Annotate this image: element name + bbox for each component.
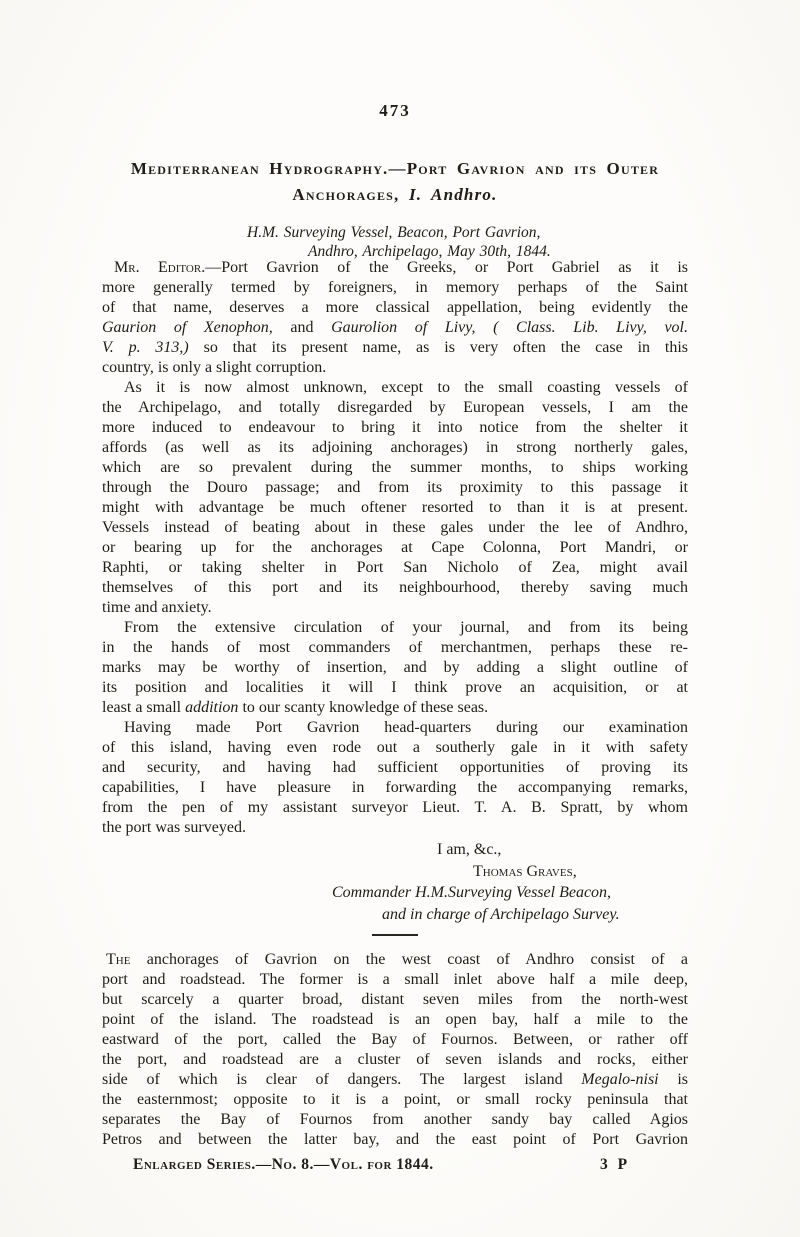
body-text: port and roadstead. The former is a smal… (102, 971, 688, 988)
italic-text: and in charge of Archipelago Survey. (382, 906, 620, 923)
body-text: Vessels instead of beating about in thes… (102, 519, 688, 536)
letter-body: Mr. Editor.—Port Gavrion of the Greeks, … (102, 258, 688, 838)
italic-text: Gaurolion of Livy, ( Class. Lib. Livy, v… (331, 319, 688, 336)
letter-text-line: V. p. 313,) so that its present name, as… (102, 338, 688, 358)
body-text: the port, and roadstead are a cluster of… (102, 1051, 688, 1068)
body-text: —Port Gavrion of the Greeks, or Port Gab… (205, 259, 688, 276)
letter-text-line: from the pen of my assistant surveyor Li… (102, 798, 688, 818)
letter-text-line: Mr. Editor.—Port Gavrion of the Greeks, … (102, 258, 688, 278)
letter-text-line: As it is now almost unknown, except to t… (102, 378, 688, 398)
body-text: or bearing up for the anchorages at Cape… (102, 539, 688, 556)
signature-block: I am, &c.,Thomas Graves,Commander H.M.Su… (102, 839, 688, 925)
letter-paragraph-2: As it is now almost unknown, except to t… (102, 378, 688, 618)
letter-paragraph-3: From the extensive circulation of your j… (102, 618, 688, 718)
body-text: and security, and having had sufficient … (102, 759, 688, 776)
letter-text-line: capabilities, I have pleasure in forward… (102, 778, 688, 798)
body-text: anchorages of Gavrion on the west coast … (130, 951, 688, 968)
body-text: Having made Port Gavrion head-quarters d… (124, 719, 688, 736)
body-text: time and anxiety. (102, 599, 212, 616)
signature-line: and in charge of Archipelago Survey. (102, 904, 688, 926)
letter-text-line: country, is only a slight corruption. (102, 358, 688, 378)
dateline: H.M. Surveying Vessel, Beacon, Port Gavr… (102, 223, 688, 261)
body-text: Raphti, or taking shelter in Port San Ni… (102, 559, 688, 576)
scanned-page: 473 Mediterranean Hydrography.—Port Gavr… (0, 0, 800, 1237)
article-text-line: port and roadstead. The former is a smal… (102, 970, 688, 990)
letter-text-line: might with advantage be much oftener res… (102, 498, 688, 518)
letter-text-line: its position and localities it will I th… (102, 678, 688, 698)
body-text: its position and localities it will I th… (102, 679, 688, 696)
letter-text-line: more generally termed by foreigners, in … (102, 278, 688, 298)
letter-text-line: the port was surveyed. (102, 818, 688, 838)
small-caps-text: Mr. Editor. (114, 259, 205, 276)
body-text: of this island, having even rode out a s… (102, 739, 688, 756)
body-text: of that name, deserves a more classical … (102, 299, 688, 316)
italic-text: Commander H.M.Surveying Vessel Beacon, (332, 884, 611, 901)
body-text: the Archipelago, and totally disregarded… (102, 399, 688, 416)
letter-text-line: time and anxiety. (102, 598, 688, 618)
letter-text-line: Raphti, or taking shelter in Port San Ni… (102, 558, 688, 578)
signature-line: Thomas Graves, (102, 861, 688, 883)
article-body: The anchorages of Gavrion on the west co… (102, 950, 688, 1150)
body-text: but scarcely a quarter broad, distant se… (102, 991, 688, 1008)
article-title: Mediterranean Hydrography.—Port Gavrion … (102, 156, 688, 208)
italic-text: Gaurion of Xenophon, (102, 319, 273, 336)
footer-series-label: Enlarged Series.—No. 8.—Vol. for 1844. (102, 1156, 434, 1173)
letter-text-line: of that name, deserves a more classical … (102, 298, 688, 318)
page-content: Mr. Editor.—Port Gavrion of the Greeks, … (102, 258, 688, 1174)
letter-text-line: From the extensive circulation of your j… (102, 618, 688, 638)
italic-text: I. Andhro. (409, 185, 498, 204)
article-text-line: side of which is clear of dangers. The l… (102, 1070, 688, 1090)
page-footer: Enlarged Series.—No. 8.—Vol. for 1844. 3… (102, 1155, 688, 1174)
body-text: affords (as well as its adjoining anchor… (102, 439, 688, 456)
article-text-line: point of the island. The roadstead is an… (102, 1010, 688, 1030)
body-text: separates the Bay of Fournos from anothe… (102, 1111, 688, 1128)
letter-paragraph-4: Having made Port Gavrion head-quarters d… (102, 718, 688, 838)
small-caps-text: The (106, 951, 130, 968)
letter-text-line: or bearing up for the anchorages at Cape… (102, 538, 688, 558)
letter-text-line: Having made Port Gavrion head-quarters d… (102, 718, 688, 738)
letter-text-line: least a small addition to our scanty kno… (102, 698, 688, 718)
article-text-line: the easternmost; opposite to it is a poi… (102, 1090, 688, 1110)
body-text: Petros and between the latter bay, and t… (102, 1131, 688, 1148)
letter-text-line: through the Douro passage; and from its … (102, 478, 688, 498)
italic-text: Megalo-nisi (581, 1071, 658, 1088)
dateline-line: H.M. Surveying Vessel, Beacon, Port Gavr… (102, 223, 688, 242)
body-text: from the pen of my assistant surveyor Li… (102, 799, 688, 816)
body-text: marks may be worthy of insertion, and by… (102, 659, 688, 676)
letter-text-line: which are so prevalent during the summer… (102, 458, 688, 478)
page-number: 473 (102, 101, 688, 121)
body-text: capabilities, I have pleasure in forward… (102, 779, 688, 796)
footer-signature-mark: 3 P (600, 1155, 630, 1174)
body-text: through the Douro passage; and from its … (102, 479, 688, 496)
article-text-line: separates the Bay of Fournos from anothe… (102, 1110, 688, 1130)
body-text: which are so prevalent during the summer… (102, 459, 688, 476)
body-text: to our scanty knowledge of these seas. (238, 699, 488, 716)
body-text: in the hands of most commanders of merch… (102, 639, 688, 656)
letter-paragraph-1: Mr. Editor.—Port Gavrion of the Greeks, … (102, 258, 688, 378)
letter-text-line: Gaurion of Xenophon, and Gaurolion of Li… (102, 318, 688, 338)
article-text-line: the port, and roadstead are a cluster of… (102, 1050, 688, 1070)
letter-text-line: more induced to endeavour to bring it in… (102, 418, 688, 438)
letter-text-line: and security, and having had sufficient … (102, 758, 688, 778)
body-text: the port was surveyed. (102, 819, 246, 836)
small-caps-text: Thomas Graves, (473, 863, 577, 880)
letter-text-line: themselves of this port and its neighbou… (102, 578, 688, 598)
letter-text-line: in the hands of most commanders of merch… (102, 638, 688, 658)
article-text-line: eastward of the port, called the Bay of … (102, 1030, 688, 1050)
body-text: the easternmost; opposite to it is a poi… (102, 1091, 688, 1108)
body-text: side of which is clear of dangers. The l… (102, 1071, 581, 1088)
signature-line: I am, &c., (102, 839, 688, 861)
body-text: themselves of this port and its neighbou… (102, 579, 688, 596)
article-paragraph-1: The anchorages of Gavrion on the west co… (102, 950, 688, 1150)
body-text: so that its present name, as is very oft… (189, 339, 688, 356)
body-text: might with advantage be much oftener res… (102, 499, 688, 516)
body-text: eastward of the port, called the Bay of … (102, 1031, 688, 1048)
body-text: As it is now almost unknown, except to t… (124, 379, 688, 396)
body-text: and (273, 319, 331, 336)
letter-text-line: affords (as well as its adjoining anchor… (102, 438, 688, 458)
letter-text-line: marks may be worthy of insertion, and by… (102, 658, 688, 678)
article-text-line: The anchorages of Gavrion on the west co… (102, 950, 688, 970)
body-text: more generally termed by foreigners, in … (102, 279, 688, 296)
body-text: point of the island. The roadstead is an… (102, 1011, 688, 1028)
article-text-line: but scarcely a quarter broad, distant se… (102, 990, 688, 1010)
body-text: country, is only a slight corruption. (102, 359, 326, 376)
signature-line: Commander H.M.Surveying Vessel Beacon, (102, 882, 688, 904)
article-title-line: Anchorages, I. Andhro. (102, 182, 688, 208)
small-caps-text: Anchorages, (292, 185, 409, 204)
letter-text-line: Vessels instead of beating about in thes… (102, 518, 688, 538)
body-text: H.M. Surveying Vessel, Beacon, Port Gavr… (247, 224, 540, 241)
article-title-line: Mediterranean Hydrography.—Port Gavrion … (102, 156, 688, 182)
body-text: I am, &c., (437, 841, 501, 858)
article-text-line: Petros and between the latter bay, and t… (102, 1130, 688, 1150)
small-caps-text: Mediterranean Hydrography.—Port Gavrion … (131, 159, 659, 178)
italic-text: addition (185, 699, 238, 716)
body-text: more induced to endeavour to bring it in… (102, 419, 688, 436)
italic-text: V. p. 313,) (102, 339, 189, 356)
body-text: least a small (102, 699, 185, 716)
body-text: is (659, 1071, 688, 1088)
letter-text-line: of this island, having even rode out a s… (102, 738, 688, 758)
letter-text-line: the Archipelago, and totally disregarded… (102, 398, 688, 418)
section-divider-rule (372, 934, 418, 936)
body-text: From the extensive circulation of your j… (124, 619, 688, 636)
